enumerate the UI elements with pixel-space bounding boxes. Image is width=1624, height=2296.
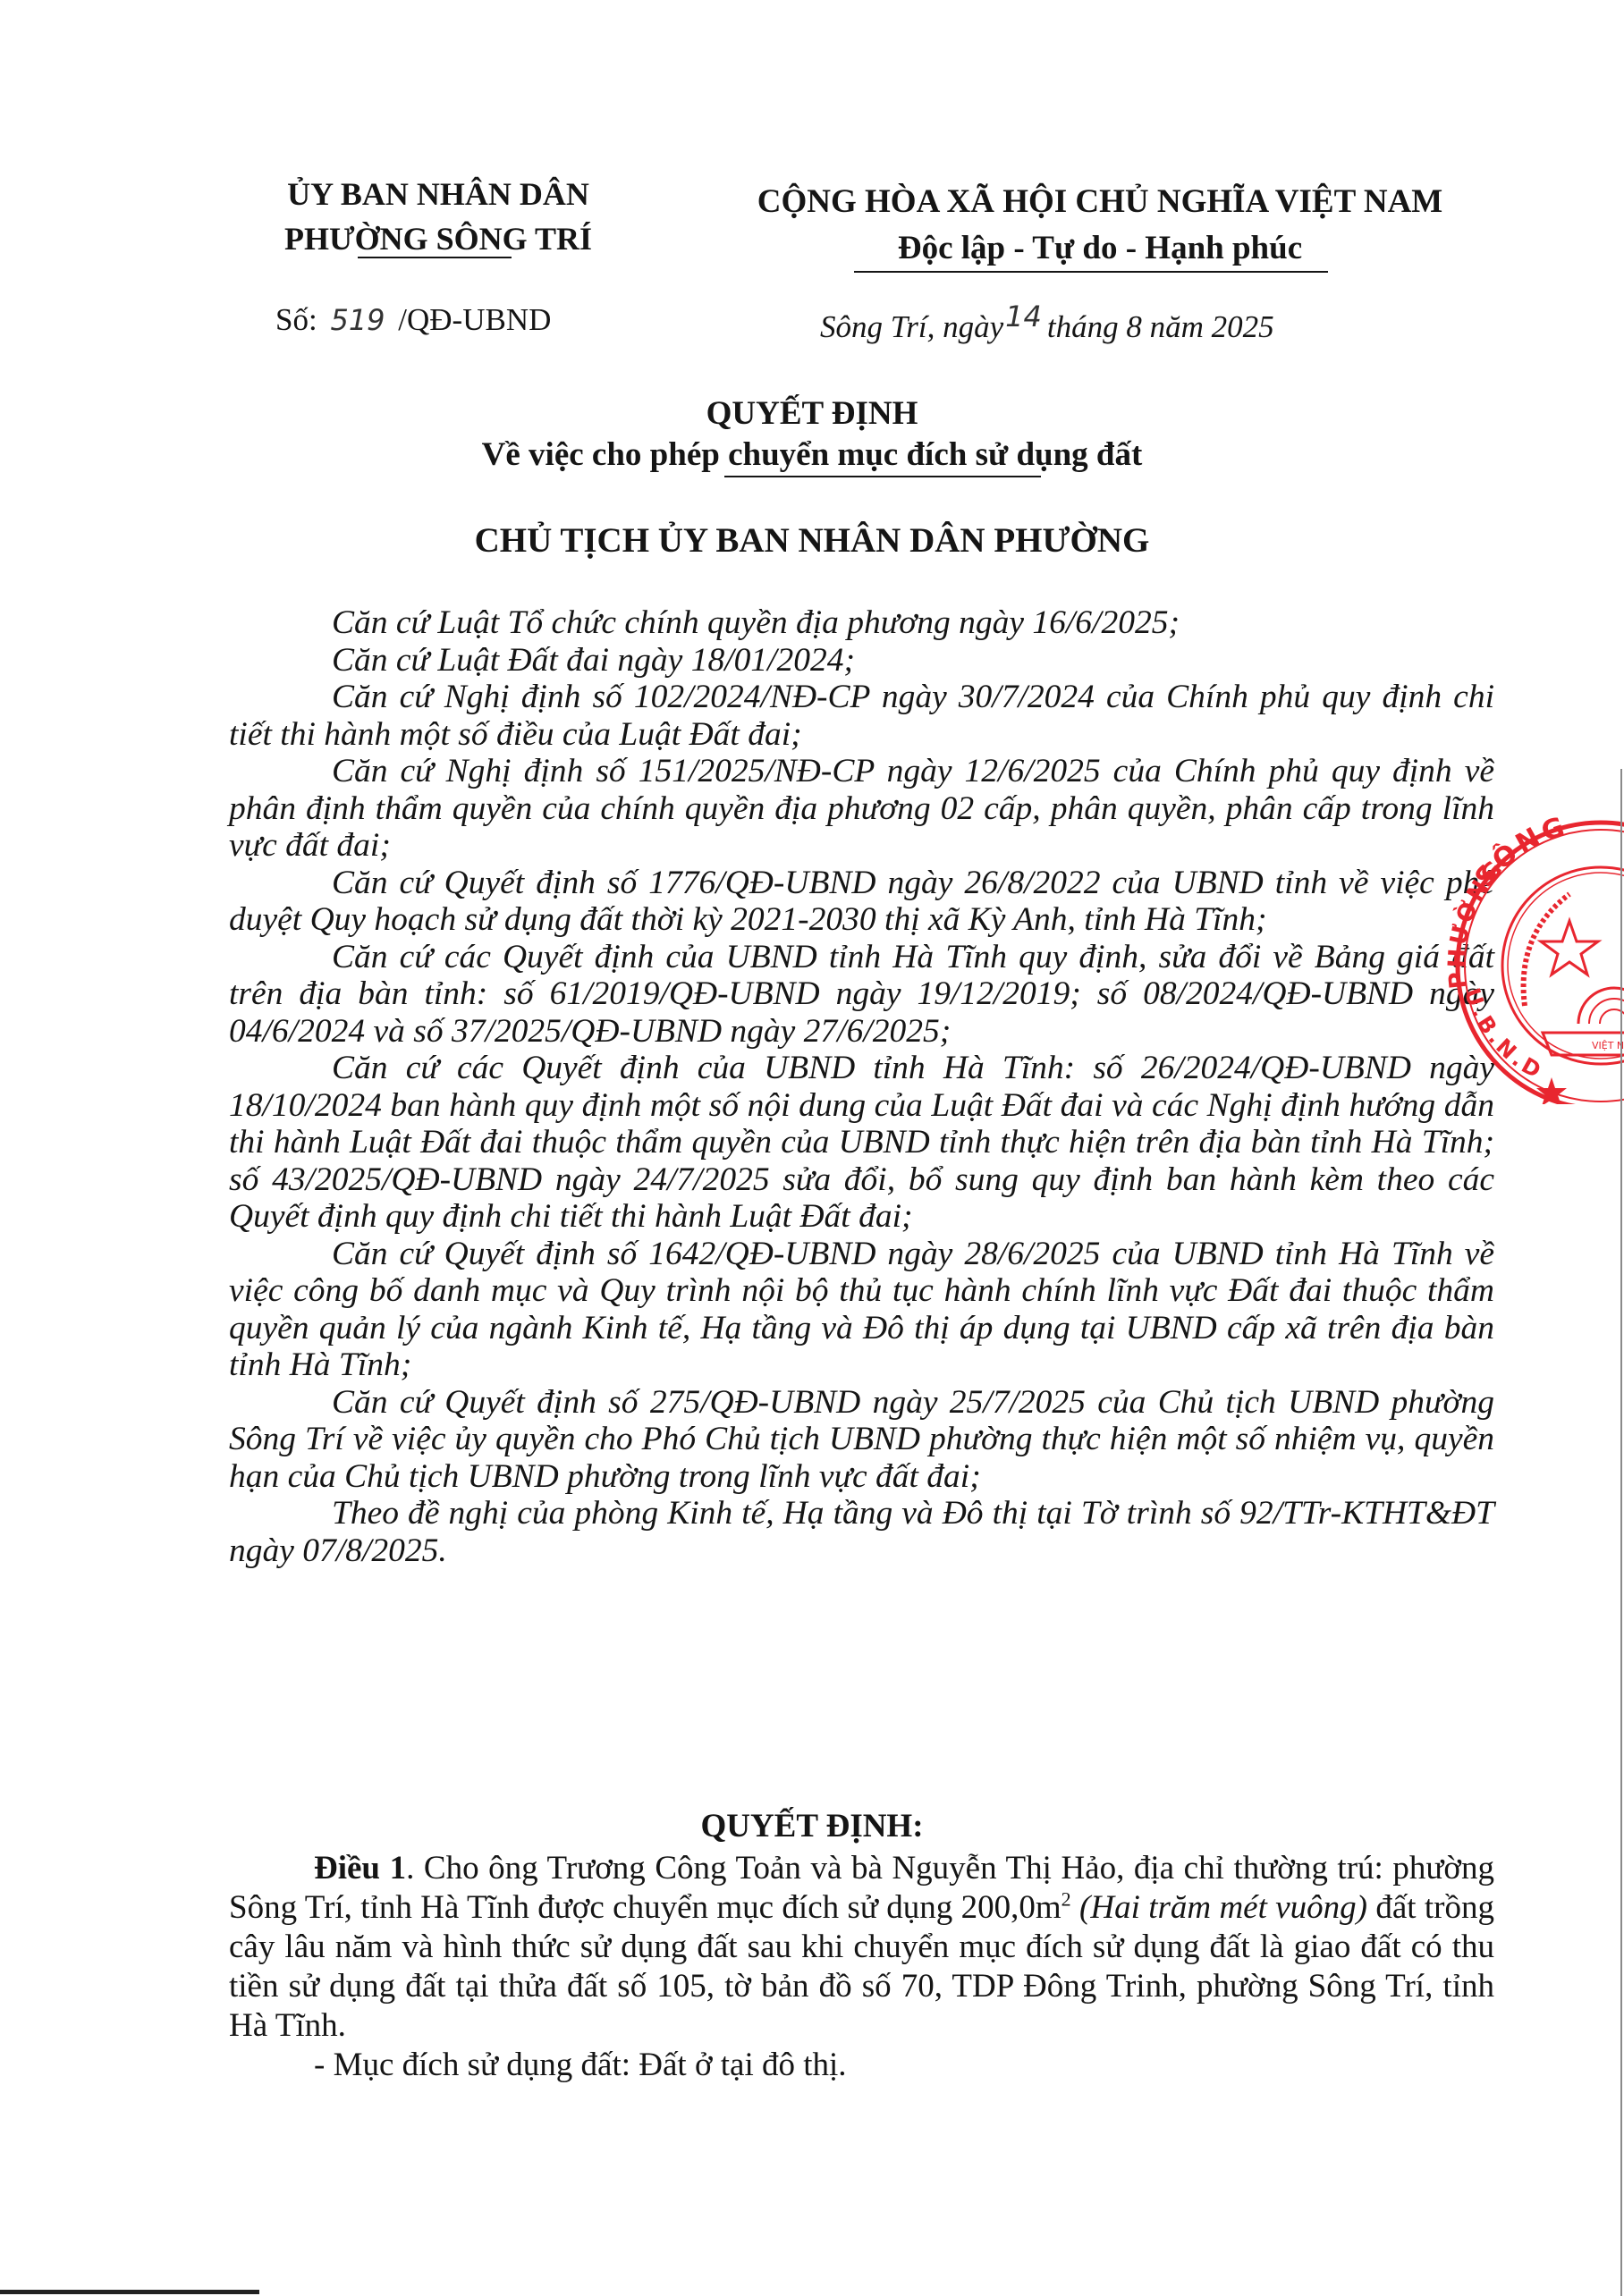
motto-underline bbox=[854, 271, 1328, 273]
number-prefix: Số: bbox=[275, 302, 317, 337]
decision-heading: QUYẾT ĐỊNH: bbox=[0, 1806, 1624, 1847]
agency-line-1: ỦY BAN NHÂN DÂN bbox=[206, 172, 671, 216]
document-subject: Về việc cho phép chuyển mục đích sử dụng… bbox=[0, 435, 1624, 476]
number-handwritten: 519 bbox=[330, 303, 385, 337]
document-date: Sông Trí, ngày14tháng 8 năm 2025 bbox=[820, 309, 1274, 345]
country-name: CỘNG HÒA XÃ HỘI CHỦ NGHĨA VIỆT NAM bbox=[698, 179, 1502, 225]
legal-basis-item: Căn cứ Nghị định số 102/2024/NĐ-CP ngày … bbox=[229, 679, 1494, 753]
subject-underline bbox=[724, 476, 1041, 477]
legal-basis-item: Căn cứ Quyết định số 275/QĐ-UBND ngày 25… bbox=[229, 1384, 1494, 1496]
svg-text:VIỆT NAM: VIỆT NAM bbox=[1592, 1040, 1624, 1051]
agency-underline bbox=[358, 257, 512, 258]
official-seal-stamp: SÔNG PHƯỜNG U.B.N.D VIỆT NAM bbox=[1426, 809, 1624, 1104]
national-motto: CỘNG HÒA XÃ HỘI CHỦ NGHĨA VIỆT NAM Độc l… bbox=[698, 179, 1502, 272]
number-suffix: /QĐ-UBND bbox=[398, 302, 551, 337]
date-suffix: tháng 8 năm 2025 bbox=[1047, 309, 1274, 344]
agency-line-2: PHƯỜNG SÔNG TRÍ bbox=[206, 216, 671, 261]
article-1-paragraph: Điều 1. Cho ông Trương Công Toản và bà N… bbox=[229, 1849, 1494, 2046]
document-number: Số: 519 /QĐ-UBND bbox=[275, 302, 551, 338]
legal-basis-item: Căn cứ Quyết định số 1776/QĐ-UBND ngày 2… bbox=[229, 865, 1494, 939]
legal-basis-item: Theo đề nghị của phòng Kinh tế, Hạ tầng … bbox=[229, 1495, 1494, 1569]
land-area-in-words: (Hai trăm mét vuông) bbox=[1071, 1889, 1367, 1926]
article-1-label: Điều 1 bbox=[314, 1850, 406, 1887]
legal-basis-item: Căn cứ Quyết định số 1642/QĐ-UBND ngày 2… bbox=[229, 1236, 1494, 1384]
legal-bases: Căn cứ Luật Tổ chức chính quyền địa phươ… bbox=[229, 604, 1494, 1569]
legal-basis-item: Căn cứ Luật Đất đai ngày 18/01/2024; bbox=[229, 642, 1494, 680]
area-unit-superscript: 2 bbox=[1062, 1888, 1071, 1911]
date-day-handwritten: 14 bbox=[1005, 300, 1042, 333]
legal-basis-item: Căn cứ Nghị định số 151/2025/NĐ-CP ngày … bbox=[229, 753, 1494, 865]
scan-edge-bottom bbox=[0, 2290, 259, 2294]
land-use-purpose: - Mục đích sử dụng đất: Đất ở tại đô thị… bbox=[229, 2046, 1494, 2085]
land-area: 200,0m bbox=[961, 1889, 1062, 1926]
legal-basis-item: Căn cứ các Quyết định của UBND tỉnh Hà T… bbox=[229, 939, 1494, 1051]
document-type: QUYẾT ĐỊNH bbox=[0, 393, 1624, 435]
legal-basis-item: Căn cứ các Quyết định của UBND tỉnh Hà T… bbox=[229, 1050, 1494, 1236]
issuing-authority: CHỦ TỊCH ỦY BAN NHÂN DÂN PHƯỜNG bbox=[0, 519, 1624, 563]
article-1: Điều 1. Cho ông Trương Công Toản và bà N… bbox=[229, 1849, 1494, 2085]
date-prefix: Sông Trí, ngày bbox=[820, 309, 1003, 344]
scan-edge-right bbox=[1620, 769, 1622, 2296]
legal-basis-item: Căn cứ Luật Tổ chức chính quyền địa phươ… bbox=[229, 604, 1494, 642]
motto: Độc lập - Tự do - Hạnh phúc bbox=[698, 225, 1502, 272]
issuing-agency: ỦY BAN NHÂN DÂN PHƯỜNG SÔNG TRÍ bbox=[206, 172, 671, 261]
